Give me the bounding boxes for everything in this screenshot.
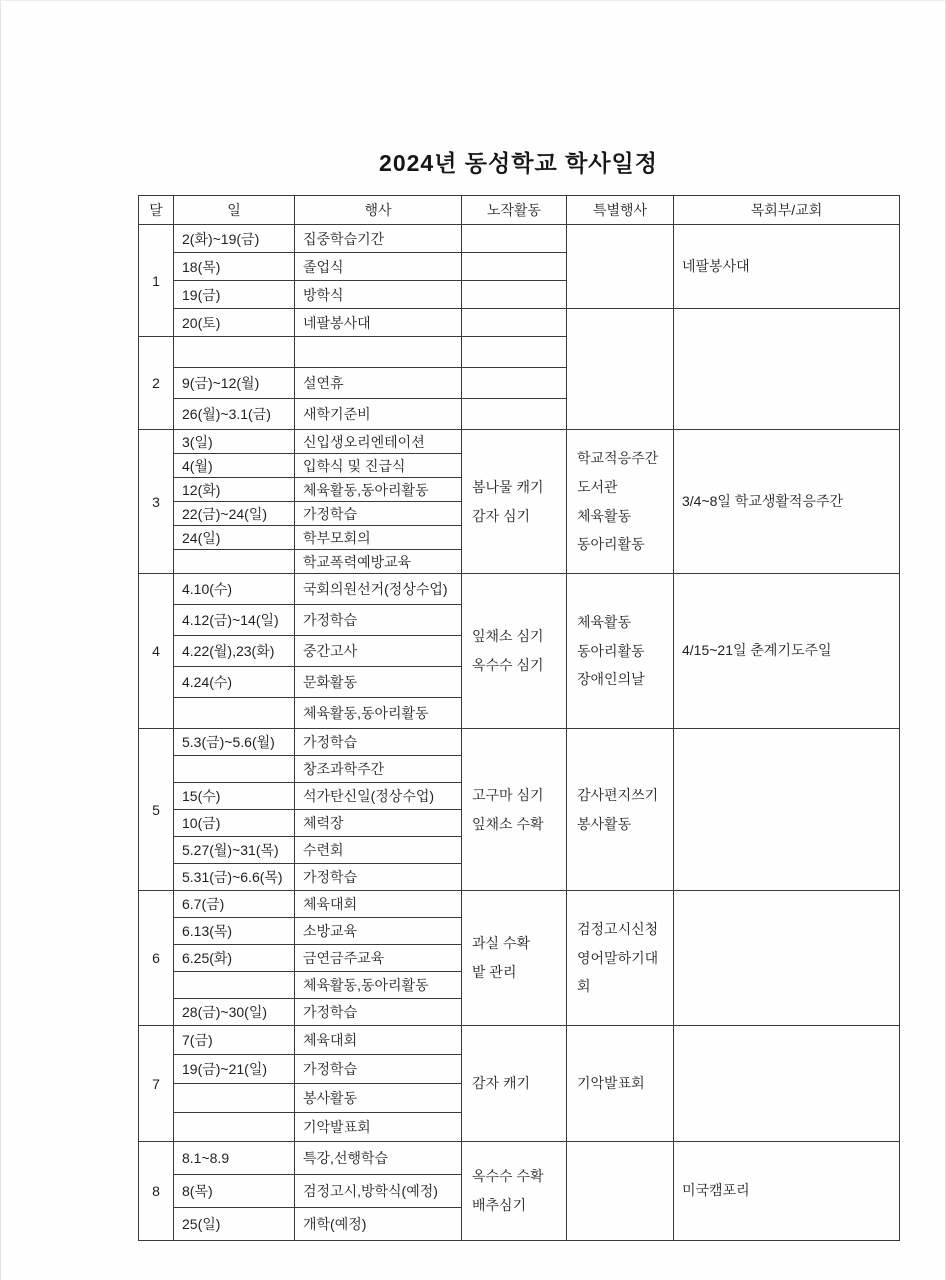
table-row: 12(화)~19(금)집중학습기간네팔봉사대 [139,225,900,253]
event-cell: 특강,선행학습 [295,1142,462,1175]
day-cell: 5.31(금)~6.6(목) [174,864,295,891]
special-cell: 학교적응주간 도서관 체육활동 동아리활동 [567,430,674,574]
labor-cell [462,253,567,281]
day-cell: 3(일) [174,430,295,454]
day-cell: 8.1~8.9 [174,1142,295,1175]
day-cell: 7(금) [174,1026,295,1055]
labor-cell [462,281,567,309]
day-cell [174,550,295,574]
month-cell: 4 [139,574,174,729]
event-cell: 가정학습 [295,864,462,891]
column-header-2: 일 [174,196,295,225]
event-cell: 문화활동 [295,667,462,698]
ministry-cell [674,729,900,891]
page-title: 2024년 동성학교 학사일정 [138,145,899,178]
month-cell: 3 [139,430,174,574]
calendar-table: 달일행사노작활동특별행사목회부/교회 12(화)~19(금)집중학습기간네팔봉사… [138,195,900,1241]
event-cell: 가정학습 [295,999,462,1026]
event-cell: 창조과학주간 [295,756,462,783]
day-cell: 4(월) [174,454,295,478]
day-cell: 28(금)~30(일) [174,999,295,1026]
ministry-cell: 3/4~8일 학교생활적응주간 [674,430,900,574]
day-cell: 15(수) [174,783,295,810]
labor-cell: 봄나물 캐기 감자 심기 [462,430,567,574]
event-cell: 체육대회 [295,1026,462,1055]
labor-cell [462,337,567,368]
event-cell: 가정학습 [295,729,462,756]
table-row: 55.3(금)~5.6(월)가정학습고구마 심기 잎채소 수확감사편지쓰기 봉사… [139,729,900,756]
day-cell [174,698,295,729]
day-cell: 6.7(금) [174,891,295,918]
day-cell: 9(금)~12(월) [174,368,295,399]
labor-cell: 과실 수확 밭 관리 [462,891,567,1026]
event-cell: 검정고시,방학식(예정) [295,1175,462,1208]
event-cell: 소방교육 [295,918,462,945]
day-cell: 4.10(수) [174,574,295,605]
event-cell: 체육활동,동아리활동 [295,698,462,729]
special-cell [567,309,674,430]
ministry-cell: 4/15~21일 춘계기도주일 [674,574,900,729]
table-row: 88.1~8.9특강,선행학습옥수수 수확 배추심기미국캠포리 [139,1142,900,1175]
event-cell: 체육대회 [295,891,462,918]
event-cell: 학부모회의 [295,526,462,550]
event-cell: 개학(예정) [295,1208,462,1241]
event-cell: 가정학습 [295,1055,462,1084]
day-cell: 19(금)~21(일) [174,1055,295,1084]
day-cell: 5.27(월)~31(목) [174,837,295,864]
event-cell: 체육활동,동아리활동 [295,972,462,999]
month-cell: 8 [139,1142,174,1241]
column-header-1: 달 [139,196,174,225]
event-cell: 신입생오리엔테이션 [295,430,462,454]
event-cell: 봉사활동 [295,1084,462,1113]
labor-cell [462,368,567,399]
special-cell: 기악발표회 [567,1026,674,1142]
day-cell: 10(금) [174,810,295,837]
event-cell: 입학식 및 진급식 [295,454,462,478]
special-cell [567,225,674,309]
ministry-cell: 네팔봉사대 [674,225,900,309]
column-header-4: 노작활동 [462,196,567,225]
day-cell: 25(일) [174,1208,295,1241]
day-cell: 12(화) [174,478,295,502]
day-cell: 4.22(월),23(화) [174,636,295,667]
table-row: 33(일)신입생오리엔테이션봄나물 캐기 감자 심기학교적응주간 도서관 체육활… [139,430,900,454]
event-cell: 수련회 [295,837,462,864]
document-content: 2024년 동성학교 학사일정 달일행사노작활동특별행사목회부/교회 12(화)… [138,145,899,1241]
day-cell [174,756,295,783]
event-cell: 석가탄신일(정상수업) [295,783,462,810]
labor-cell: 옥수수 수확 배추심기 [462,1142,567,1241]
ministry-cell: 미국캠포리 [674,1142,900,1241]
labor-cell: 잎채소 심기 옥수수 심기 [462,574,567,729]
ministry-cell [674,891,900,1026]
day-cell: 24(일) [174,526,295,550]
table-row: 44.10(수)국회의원선거(정상수업)잎채소 심기 옥수수 심기체육활동 동아… [139,574,900,605]
day-cell: 22(금)~24(일) [174,502,295,526]
day-cell [174,972,295,999]
event-cell: 방학식 [295,281,462,309]
special-cell: 검정고시신청 영어말하기대회 [567,891,674,1026]
labor-cell [462,309,567,337]
header-row: 달일행사노작활동특별행사목회부/교회 [139,196,900,225]
day-cell [174,337,295,368]
event-cell: 네팔봉사대 [295,309,462,337]
event-cell: 중간고사 [295,636,462,667]
day-cell: 6.25(화) [174,945,295,972]
special-cell: 감사편지쓰기 봉사활동 [567,729,674,891]
labor-cell [462,399,567,430]
event-cell: 설연휴 [295,368,462,399]
ministry-cell [674,1026,900,1142]
event-cell: 가정학습 [295,502,462,526]
day-cell: 4.12(금)~14(일) [174,605,295,636]
special-cell [567,1142,674,1241]
document-page: 2024년 동성학교 학사일정 달일행사노작활동특별행사목회부/교회 12(화)… [0,0,946,1280]
table-row: 77(금)체육대회감자 캐기기악발표회 [139,1026,900,1055]
table-row: 20(토)네팔봉사대 [139,309,900,337]
event-cell: 새학기준비 [295,399,462,430]
event-cell: 학교폭력예방교육 [295,550,462,574]
day-cell: 20(토) [174,309,295,337]
ministry-cell [674,309,900,430]
event-cell: 체력장 [295,810,462,837]
column-header-5: 특별행사 [567,196,674,225]
month-cell: 5 [139,729,174,891]
event-cell: 집중학습기간 [295,225,462,253]
day-cell: 19(금) [174,281,295,309]
labor-cell [462,225,567,253]
special-cell: 체육활동 동아리활동 장애인의날 [567,574,674,729]
month-cell: 1 [139,225,174,337]
event-cell [295,337,462,368]
event-cell: 국회의원선거(정상수업) [295,574,462,605]
event-cell: 체육활동,동아리활동 [295,478,462,502]
day-cell: 4.24(수) [174,667,295,698]
event-cell: 기악발표회 [295,1113,462,1142]
table-row: 66.7(금)체육대회과실 수확 밭 관리검정고시신청 영어말하기대회 [139,891,900,918]
event-cell: 금연금주교육 [295,945,462,972]
labor-cell: 고구마 심기 잎채소 수확 [462,729,567,891]
day-cell: 26(월)~3.1(금) [174,399,295,430]
event-cell: 졸업식 [295,253,462,281]
day-cell: 8(목) [174,1175,295,1208]
labor-cell: 감자 캐기 [462,1026,567,1142]
column-header-3: 행사 [295,196,462,225]
day-cell: 18(목) [174,253,295,281]
day-cell: 6.13(목) [174,918,295,945]
calendar-body: 12(화)~19(금)집중학습기간네팔봉사대18(목)졸업식19(금)방학식20… [139,225,900,1241]
month-cell: 2 [139,337,174,430]
day-cell: 5.3(금)~5.6(월) [174,729,295,756]
column-header-6: 목회부/교회 [674,196,900,225]
day-cell [174,1113,295,1142]
day-cell: 2(화)~19(금) [174,225,295,253]
event-cell: 가정학습 [295,605,462,636]
day-cell [174,1084,295,1113]
month-cell: 6 [139,891,174,1026]
month-cell: 7 [139,1026,174,1142]
